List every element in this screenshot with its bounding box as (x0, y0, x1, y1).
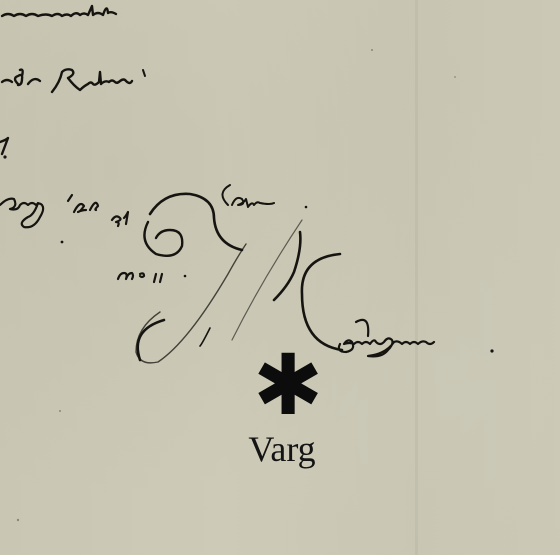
handwriting-strokes (0, 0, 560, 555)
marker-label: Varg (230, 428, 334, 470)
manuscript-page: ✱ Varg (0, 0, 560, 555)
asterisk-icon: ✱ (253, 343, 309, 405)
